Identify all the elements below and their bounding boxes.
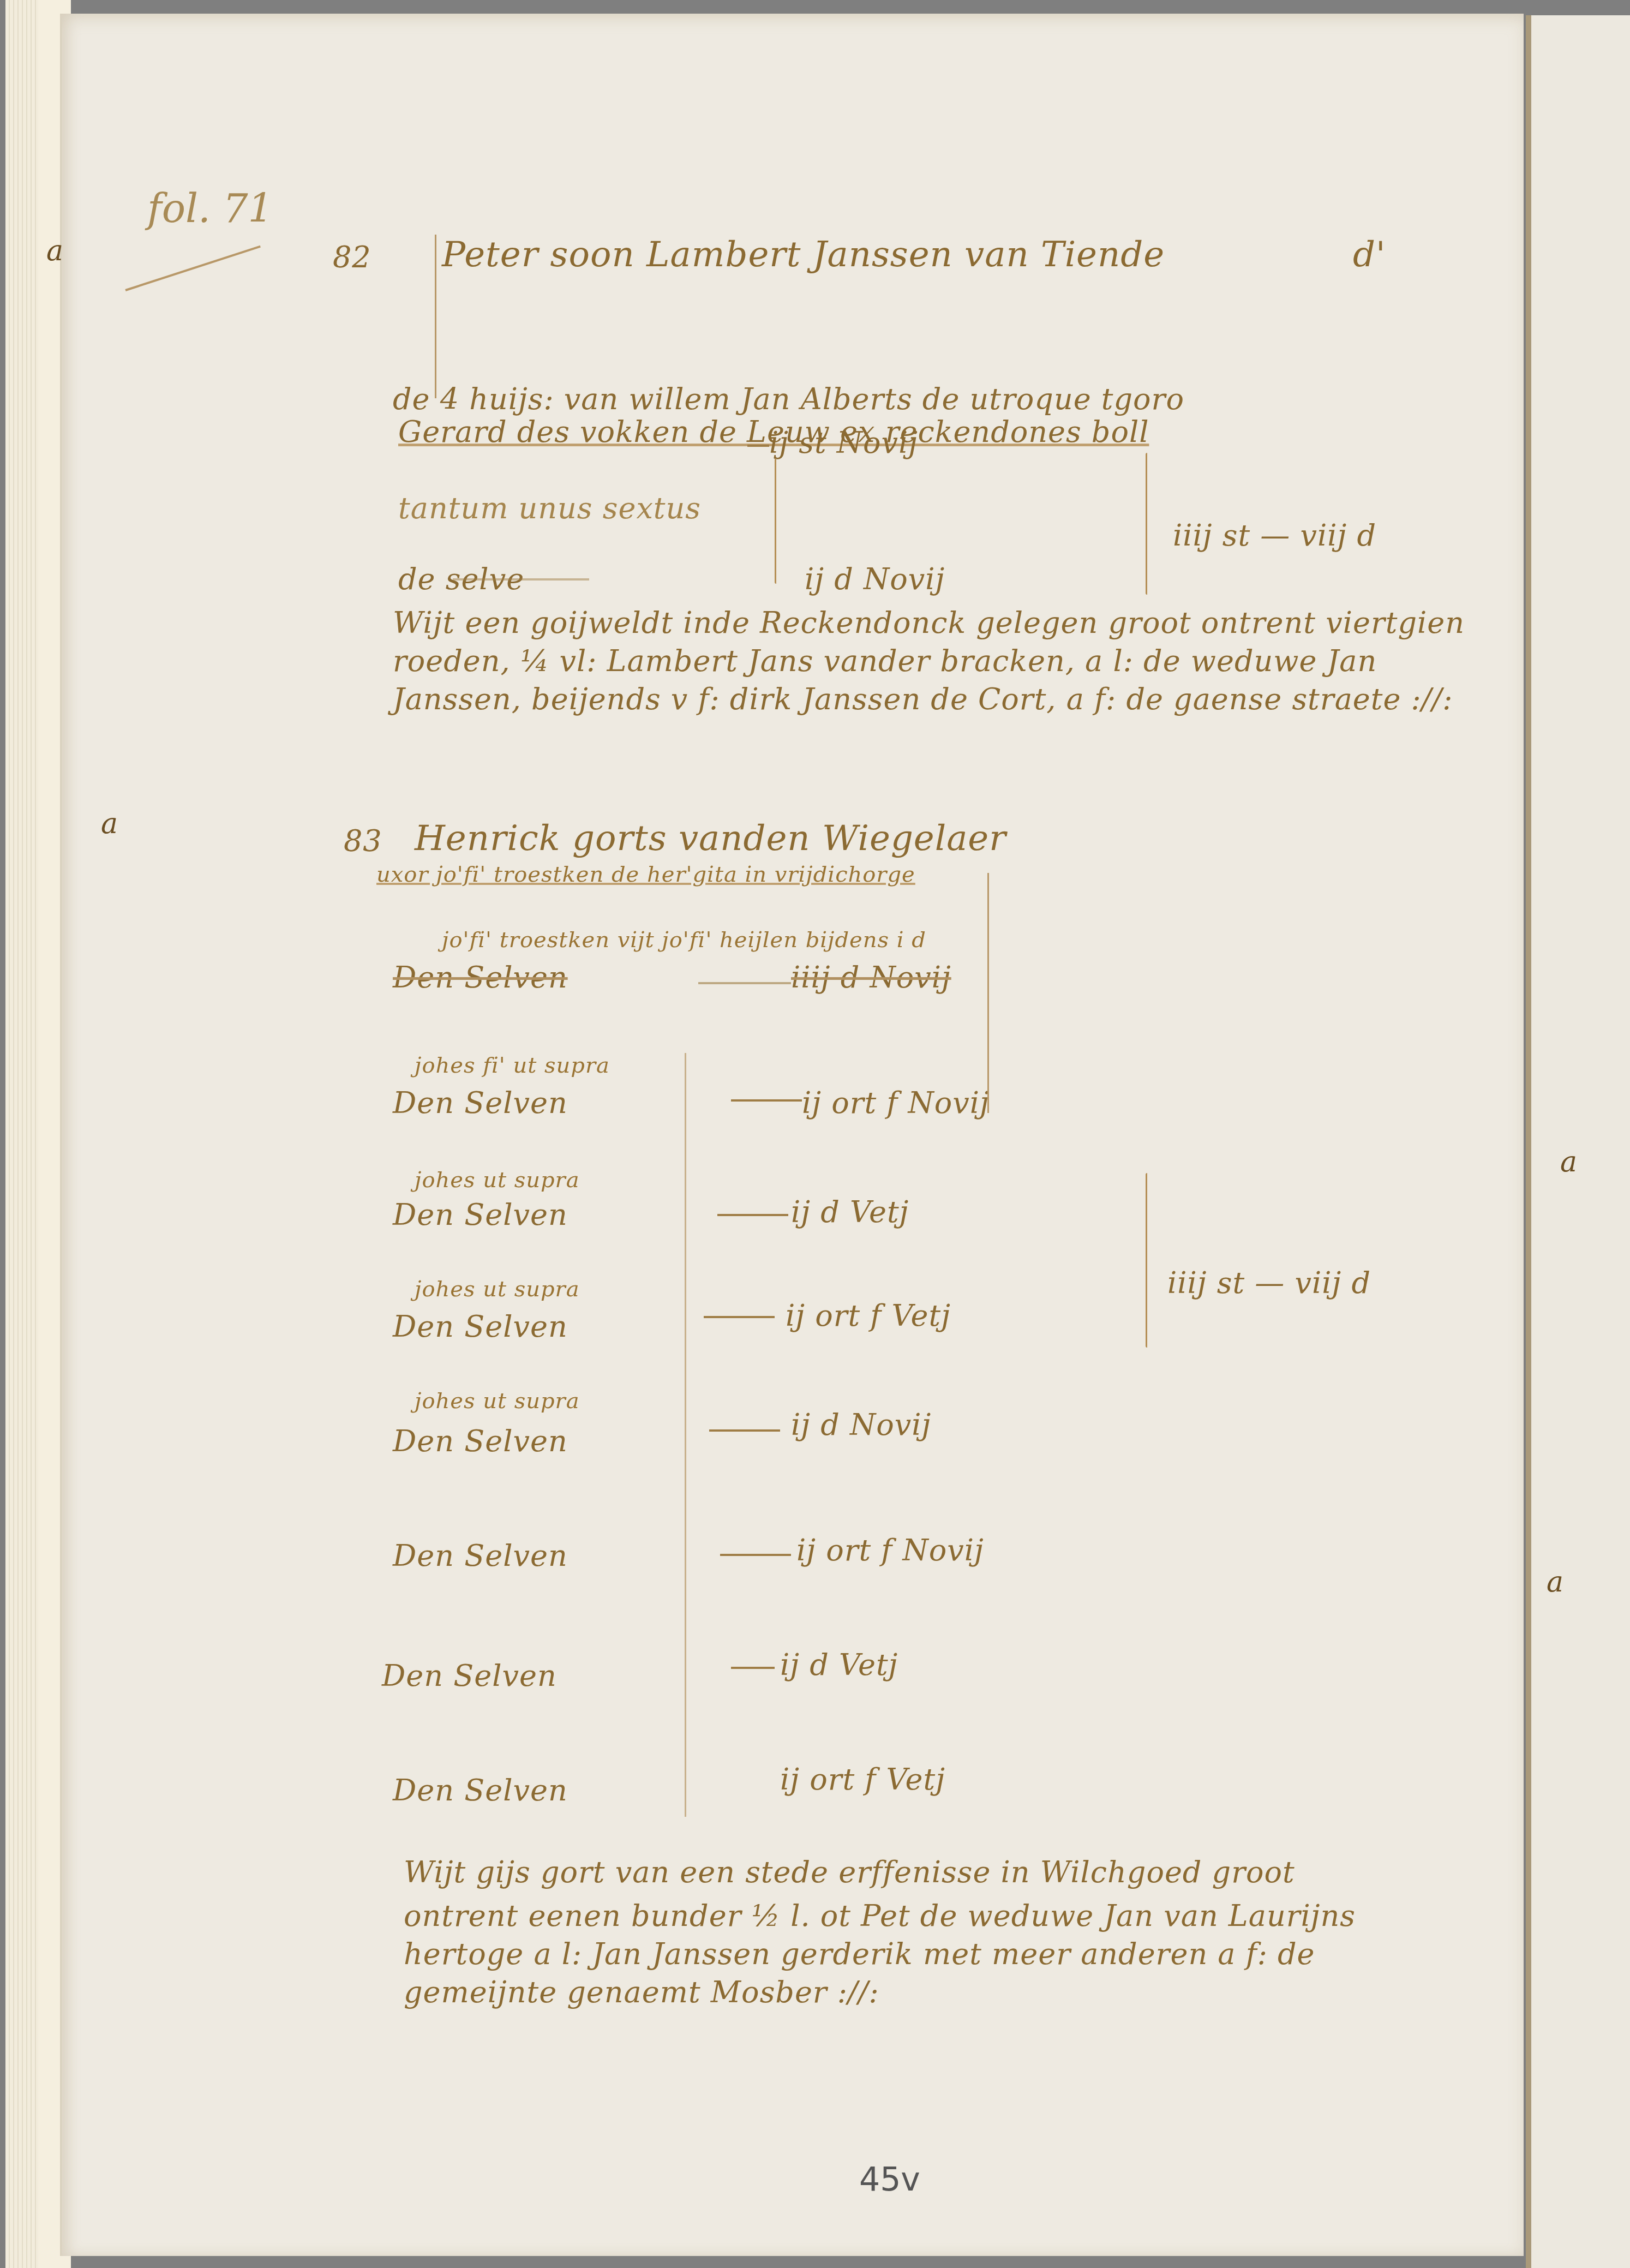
amount-dash — [731, 1667, 775, 1669]
line-amount: ij d Vetj — [791, 1195, 909, 1229]
entry-total: iiij st — viij d — [1173, 518, 1376, 553]
entry-note: uxor jo'fi' troestken de her'gita in vri… — [376, 862, 915, 887]
description-line: Wijt een goijweldt inde Reckendonck gele… — [393, 606, 1465, 640]
entry-number: 82 — [333, 240, 371, 274]
line-label: tantum unus sextus — [398, 491, 701, 525]
line-label: Den Selven — [393, 1309, 568, 1344]
description-line: gemeijnte genaemt Mosber ://: — [404, 1975, 879, 2009]
line-label: Den Selven — [393, 1086, 568, 1120]
description-line: Janssen, beijends v f: dirk Janssen de C… — [393, 682, 1453, 716]
line-amount: ij d Novij — [791, 1408, 931, 1442]
line-amount: ij ort f Vetj — [786, 1298, 951, 1333]
amount-dash — [731, 1099, 802, 1102]
line-amount: ij ort f Novij — [802, 1086, 990, 1120]
amount-dash — [720, 1554, 791, 1556]
description-line: ontrent eenen bunder ½ l. ot Pet de wedu… — [404, 1899, 1356, 1933]
line-annotation: johes ut supra — [415, 1168, 580, 1193]
line-amount: ij st Novij — [769, 426, 918, 460]
entry-note: jo'fi' troestken vijt jo'fi' heijlen bij… — [442, 927, 926, 953]
amount-dash — [717, 1214, 788, 1216]
amount-dash — [704, 1316, 775, 1318]
line-annotation: johes ut supra — [415, 1277, 580, 1302]
page-stack-edges — [5, 0, 39, 2268]
entry-heading: Peter soon Lambert Janssen van Tiende — [442, 235, 1165, 275]
description-line: Wijt gijs gort van een stede erffenisse … — [404, 1855, 1295, 1889]
folio-reference: fol. 71 — [147, 185, 273, 231]
amount-dash — [698, 982, 791, 984]
page-number: 45v — [859, 2161, 920, 2199]
entry-heading-suffix: d' — [1353, 235, 1386, 275]
total-bracket — [1146, 453, 1147, 595]
facing-page-edge — [1531, 15, 1630, 2268]
line-amount: ij d Vetj — [780, 1648, 898, 1682]
amount-dash — [453, 578, 589, 581]
column-rule — [987, 873, 989, 1113]
description-line: roeden, ¼ vl: Lambert Jans vander bracke… — [393, 644, 1377, 678]
line-label: Den Selven — [393, 1539, 568, 1573]
line-amount: ij ort f Vetj — [780, 1762, 945, 1797]
line-amount: iiij d Novij — [791, 960, 951, 995]
line-label: Den Selven — [382, 1659, 557, 1693]
margin-mark-a-top: a — [46, 235, 63, 267]
line-label: Den Selven — [393, 1198, 568, 1232]
margin-mark-a-middle: a — [101, 807, 118, 840]
amount-dash — [747, 445, 769, 447]
line-label: Den Selven — [393, 960, 568, 995]
line-label: Den Selven — [393, 1773, 568, 1808]
line-amount: ij d Novij — [805, 562, 945, 596]
entry-rule — [435, 235, 436, 398]
line-amount: ij ort f Novij — [796, 1533, 984, 1567]
binding-gutter — [1526, 15, 1531, 2268]
margin-mark-a-right-2: a — [1547, 1566, 1563, 1599]
line-label: Den Selven — [393, 1424, 568, 1458]
entry-note: de 4 huijs: van willem Jan Alberts de ut… — [393, 382, 1184, 416]
line-bracket — [775, 458, 776, 584]
entry-heading: Henrick gorts vanden Wiegelaer — [415, 818, 1006, 859]
margin-mark-a-right-1: a — [1560, 1146, 1577, 1178]
total-bracket — [1146, 1173, 1147, 1348]
entry-total: iiij st — viij d — [1167, 1266, 1371, 1300]
amount-dash — [709, 1429, 780, 1432]
entry-number: 83 — [344, 824, 382, 858]
description-line: hertoge a l: Jan Janssen gerderik met me… — [404, 1937, 1315, 1971]
line-annotation: johes ut supra — [415, 1389, 580, 1414]
line-annotation: johes fi' ut supra — [415, 1053, 610, 1078]
lines-bracket — [685, 1053, 686, 1817]
